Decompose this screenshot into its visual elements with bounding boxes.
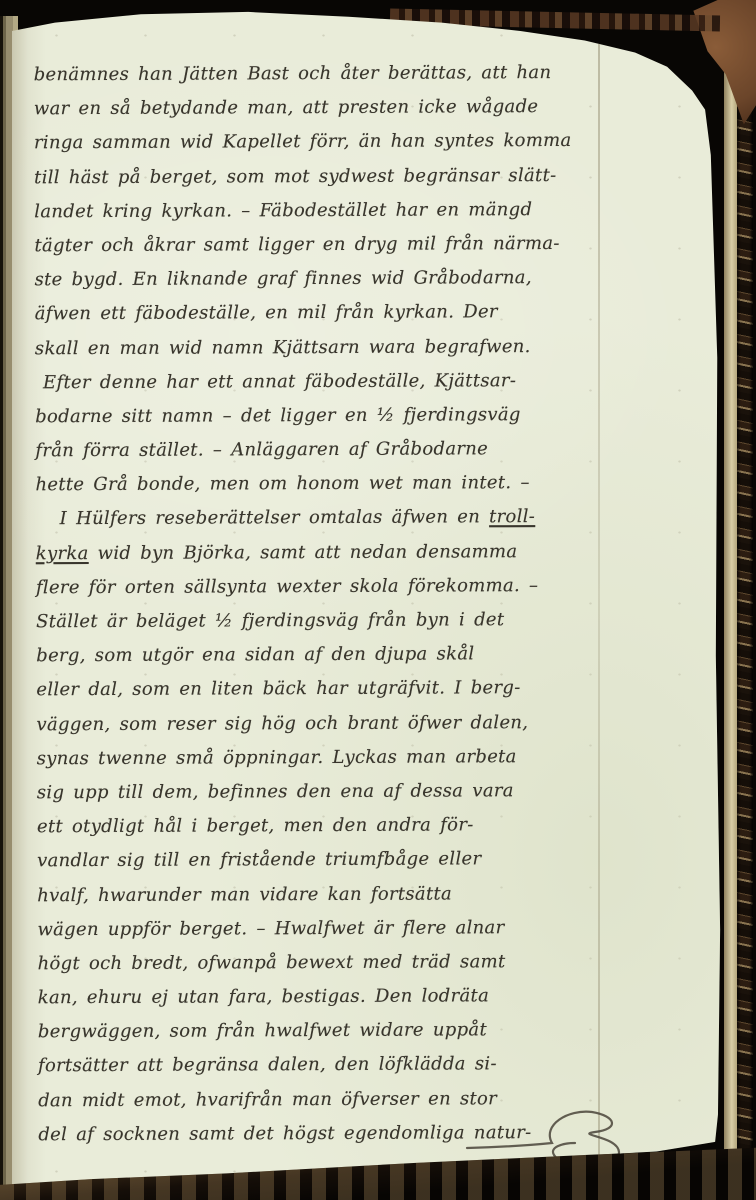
manuscript-line: ringa samman wid Kapellet förr, än han s… [34, 124, 614, 161]
manuscript-line: Efter denne har ett annat fäbodeställe, … [35, 363, 615, 400]
manuscript-line: väggen, som reser sig hög och brant öfwe… [36, 705, 616, 742]
manuscript-line: landet kring kyrkan. – Fäbodestället har… [34, 192, 614, 229]
manuscript-line: I Hülfers reseberättelser omtalas äfwen … [36, 500, 616, 537]
manuscript-line: wägen uppför berget. – Hwalfwet är flere… [37, 910, 617, 947]
manuscript-line: fortsätter att begränsa dalen, den löfkl… [38, 1047, 618, 1084]
manuscript-line: vandlar sig till en fristående triumfbåg… [37, 842, 617, 879]
manuscript-line: från förra stället. – Anläggaren af Gråb… [35, 432, 615, 469]
manuscript-line: ste bygd. En liknande graf finnes wid Gr… [35, 261, 615, 298]
manuscript-line: bodarne sitt namn – det ligger en ½ fjer… [35, 398, 615, 435]
manuscript-line: tägter och åkrar samt ligger en dryg mil… [34, 227, 614, 264]
manuscript-line: ett otydligt hål i berget, men den andra… [37, 808, 617, 845]
manuscript-line: war en så betydande man, att presten ick… [34, 90, 614, 127]
manuscript-line: hette Grå bonde, men om honom wet man in… [35, 466, 615, 503]
manuscript-line: bergwäggen, som från hwalfwet widare upp… [38, 1013, 618, 1050]
manuscript-text-block: benämnes han Jätten Bast och åter berätt… [34, 56, 619, 1153]
marbled-cover-edge [737, 52, 753, 1164]
manuscript-line: synas twenne små öppningar. Lyckas man a… [37, 739, 617, 776]
manuscript-line: benämnes han Jätten Bast och åter berätt… [34, 56, 614, 93]
manuscript-line: sig upp till dem, befinnes den ena af de… [37, 774, 617, 811]
manuscript-line: Stället är beläget ½ fjerdingsväg från b… [36, 603, 616, 640]
manuscript-line: hvalf, hwarunder man vidare kan fortsätt… [37, 876, 617, 913]
manuscript-line: högt och bredt, ofwanpå bewext med träd … [37, 945, 617, 982]
manuscript-line: äfwen ett fäbodeställe, en mil från kyrk… [35, 295, 615, 332]
manuscript-line: kan, ehuru ej utan fara, bestigas. Den l… [38, 979, 618, 1016]
manuscript-line: skall en man wid namn Kjättsarn wara beg… [35, 329, 615, 366]
manuscript-line: eller dal, som en liten bäck har utgräfv… [36, 671, 616, 708]
manuscript-line: till häst på berget, som mot sydwest beg… [34, 158, 614, 195]
manuscript-line: berg, som utgör ena sidan af den djupa s… [36, 637, 616, 674]
manuscript-line: kyrka wid byn Björka, samt att nedan den… [36, 534, 616, 571]
manuscript-page: 19. benämnes han Jätten Bast och åter be… [12, 0, 728, 1192]
manuscript-line: flere för orten sällsynta wexter skola f… [36, 569, 616, 606]
